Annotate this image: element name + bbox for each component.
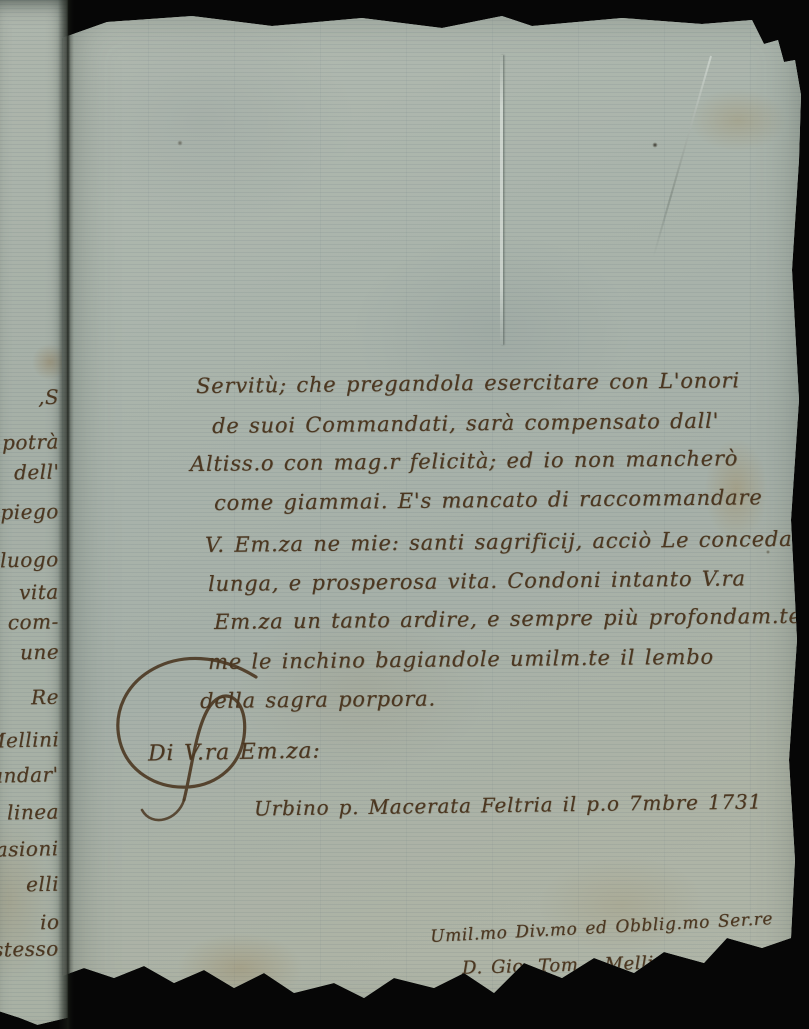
letter-line: de suoi Commandati, sarà compensato dall… <box>212 409 719 438</box>
left-page-text-fragment: potrà <box>2 429 59 454</box>
left-page-text-fragment: ,S <box>38 385 60 409</box>
vertical-crease <box>500 55 503 345</box>
left-page-text-fragment: linea <box>7 799 59 824</box>
letter-line: lunga, e prosperosa vita. Condoni intant… <box>208 566 746 596</box>
left-page-text-fragment: vita <box>19 580 59 605</box>
letter-line: Em.za un tanto ardire, e sempre più prof… <box>214 604 802 634</box>
left-page-text-fragment: to luogo <box>0 547 59 573</box>
letter-line: Servitù; che pregandola esercitare con L… <box>196 368 740 398</box>
manuscript-scan: ,S potrà dell' impiego to luogo vita i c… <box>0 0 809 1029</box>
signature-name: D. Gio. Tom.o Mellini <box>462 952 673 979</box>
signature-honorific: Umil.mo Div.mo ed Obblig.mo Ser.re <box>430 909 774 947</box>
place-dateline: Urbino p. Macerata Feltria il p.o 7mbre … <box>254 789 762 820</box>
corner-fold-crease <box>652 56 712 258</box>
left-page-text-fragment: io <box>39 910 59 934</box>
left-page-text-fragment: Re <box>31 685 59 710</box>
left-page-text-fragment: Mellini <box>0 727 59 753</box>
left-page-text-fragment: une <box>20 640 60 665</box>
letter-line: V. Em.za ne mie: santi sagrificij, acciò… <box>205 527 793 557</box>
left-page-text-fragment: stesso <box>0 936 59 961</box>
left-page-text-fragment: dell' <box>13 460 59 485</box>
letter-line: Altiss.o con mag.r felicità; ed io non m… <box>190 446 738 476</box>
letter-line: come giammai. E's mancato di raccommanda… <box>214 485 763 515</box>
left-page-text-fragment: elli <box>26 872 60 897</box>
letter-line: della sagra porpora. <box>200 687 436 713</box>
left-page-text-fragment: casioni <box>0 836 59 862</box>
letter-page: Servitù; che pregandola esercitare con L… <box>62 0 809 1029</box>
left-page-text-fragment: andar' <box>0 762 59 787</box>
page-gutter <box>58 0 74 1029</box>
letter-line: me le inchino bagiandole umilm.te il lem… <box>208 645 714 674</box>
left-page-text-fragment: i com- <box>0 609 59 634</box>
closing-salutation: Di V.ra Em.za: <box>148 738 321 766</box>
left-page-text-fragment: impiego <box>0 499 59 525</box>
